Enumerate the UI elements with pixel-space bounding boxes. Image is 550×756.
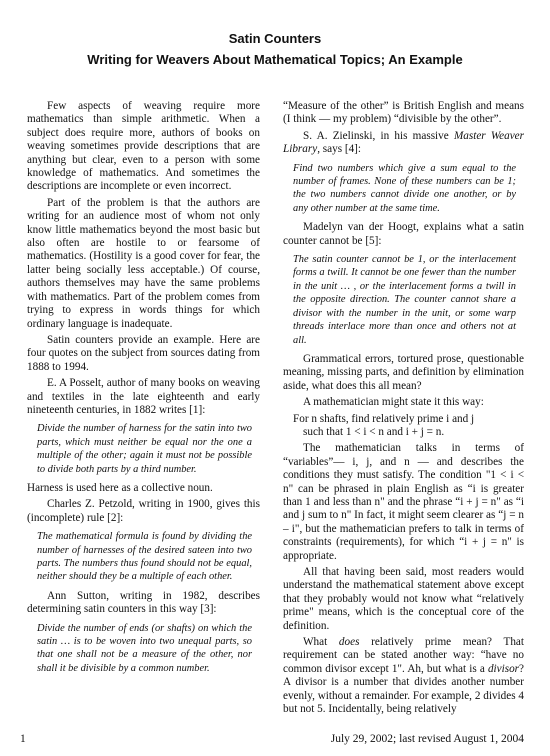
paragraph: “Measure of the other” is British Englis… bbox=[283, 100, 524, 127]
block-quote-zielinski: Find two numbers which give a sum equal … bbox=[283, 162, 524, 216]
text: S. A. Zielinski, in his massive bbox=[303, 130, 454, 142]
paragraph: Harness is used here as a collective nou… bbox=[27, 482, 260, 495]
paragraph: The mathematician talks in terms of “var… bbox=[283, 442, 524, 563]
block-quote-petzold: The mathematical formula is found by div… bbox=[27, 530, 260, 584]
block-quote-sutton: Divide the number of ends (or shafts) on… bbox=[27, 622, 260, 676]
emphasis: divisor bbox=[488, 663, 519, 675]
paragraph: Ann Sutton, writing in 1982, describes d… bbox=[27, 590, 260, 617]
math-line: For n shafts, find relatively prime i an… bbox=[293, 413, 524, 426]
block-quote-van-der-hoogt: The satin counter cannot be 1, or the in… bbox=[283, 253, 524, 347]
left-column: Few aspects of weaving require more math… bbox=[27, 100, 260, 681]
paragraph: What does relatively prime mean? That re… bbox=[283, 636, 524, 716]
paragraph: Charles Z. Petzold, writing in 1900, giv… bbox=[27, 498, 260, 525]
paragraph: Part of the problem is that the authors … bbox=[27, 197, 260, 331]
page-number: 1 bbox=[20, 733, 26, 745]
paragraph: Satin counters provide an example. Here … bbox=[27, 334, 260, 374]
text: , says [4]: bbox=[317, 143, 361, 155]
document-title: Satin Counters bbox=[0, 31, 550, 46]
block-quote-posselt: Divide the number of harness for the sat… bbox=[27, 422, 260, 476]
document-subtitle: Writing for Weavers About Mathematical T… bbox=[0, 52, 550, 67]
paragraph: S. A. Zielinski, in his massive Master W… bbox=[283, 130, 524, 157]
text: What bbox=[303, 636, 339, 648]
right-column: “Measure of the other” is British Englis… bbox=[283, 100, 524, 719]
math-line: such that 1 < i < n and i + j = n. bbox=[293, 426, 524, 439]
emphasis: does bbox=[339, 636, 360, 648]
paragraph: Grammatical errors, tortured prose, ques… bbox=[283, 353, 524, 393]
paragraph: All that having been said, most readers … bbox=[283, 566, 524, 633]
math-statement: For n shafts, find relatively prime i an… bbox=[283, 413, 524, 440]
paragraph: Few aspects of weaving require more math… bbox=[27, 100, 260, 194]
paragraph: A mathematician might state it this way: bbox=[283, 396, 524, 409]
paragraph: Madelyn van der Hoogt, explains what a s… bbox=[283, 221, 524, 248]
paragraph: E. A Posselt, author of many books on we… bbox=[27, 377, 260, 417]
footer-date: July 29, 2002; last revised August 1, 20… bbox=[331, 733, 524, 745]
